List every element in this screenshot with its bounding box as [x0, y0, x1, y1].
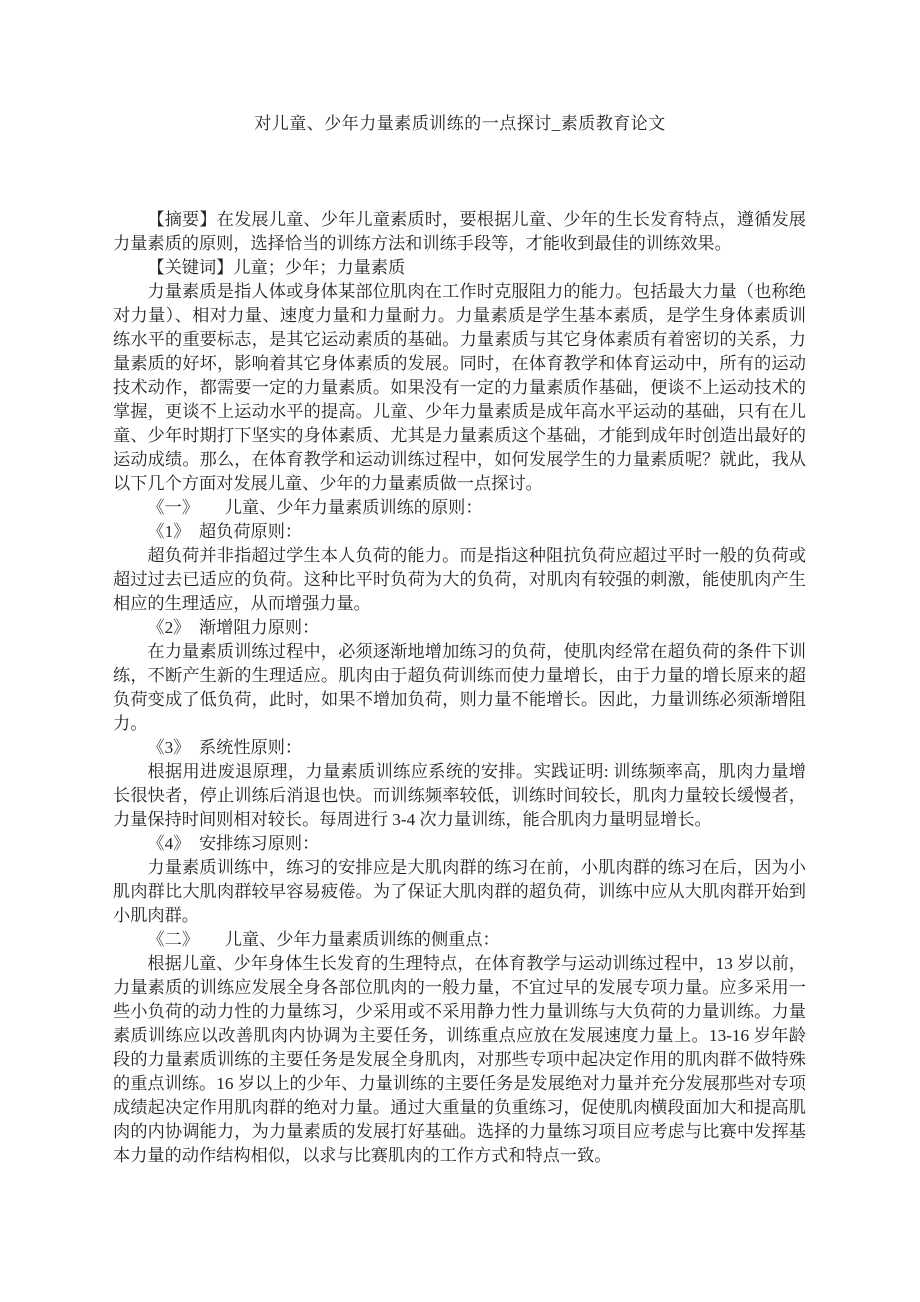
paragraph-abstract: 【摘要】在发展儿童、少年儿童素质时，要根据儿童、少年的生长发育特点，遵循发展力量…: [113, 208, 806, 256]
document-body: 【摘要】在发展儿童、少年儿童素质时，要根据儿童、少年的生长发育特点，遵循发展力量…: [0, 136, 920, 1168]
paragraph-overload-principle: 超负荷并非指超过学生本人负荷的能力。而是指这种阻抗负荷应超过平时一般的负荷或超过…: [113, 544, 806, 616]
section-heading-principles: 《一》 儿童、少年力量素质训练的原则：: [113, 496, 806, 520]
document-page: 对儿童、少年力量素质训练的一点探讨_素质教育论文 【摘要】在发展儿童、少年儿童素…: [0, 0, 920, 1302]
paragraph-introduction: 力量素质是指人体或身体某部位肌肉在工作时克服阻力的能力。包括最大力量（也称绝对力…: [113, 280, 806, 496]
sub-heading-exercise-arrangement-principle: 《4》 安排练习原则：: [113, 832, 806, 856]
sub-heading-overload-principle: 《1》 超负荷原则：: [113, 520, 806, 544]
document-title: 对儿童、少年力量素质训练的一点探讨_素质教育论文: [0, 0, 920, 136]
sub-heading-systematic-principle: 《3》 系统性原则：: [113, 736, 806, 760]
paragraph-progressive-resistance-principle: 在力量素质训练过程中，必须逐渐地增加练习的负荷，使肌肉经常在超负荷的条件下训练，…: [113, 640, 806, 736]
paragraph-keywords: 【关键词】儿童；少年；力量素质: [113, 256, 806, 280]
sub-heading-progressive-resistance-principle: 《2》 渐增阻力原则：: [113, 616, 806, 640]
paragraph-systematic-principle: 根据用进废退原理，力量素质训练应系统的安排。实践证明: 训练频率高，肌肉力量增长…: [113, 760, 806, 832]
paragraph-training-focus: 根据儿童、少年身体生长发育的生理特点，在体育教学与运动训练过程中，13 岁以前，…: [113, 952, 806, 1168]
section-heading-training-focus: 《二》 儿童、少年力量素质训练的侧重点：: [113, 928, 806, 952]
paragraph-exercise-arrangement-principle: 力量素质训练中，练习的安排应是大肌肉群的练习在前，小肌肉群的练习在后，因为小肌肉…: [113, 856, 806, 928]
